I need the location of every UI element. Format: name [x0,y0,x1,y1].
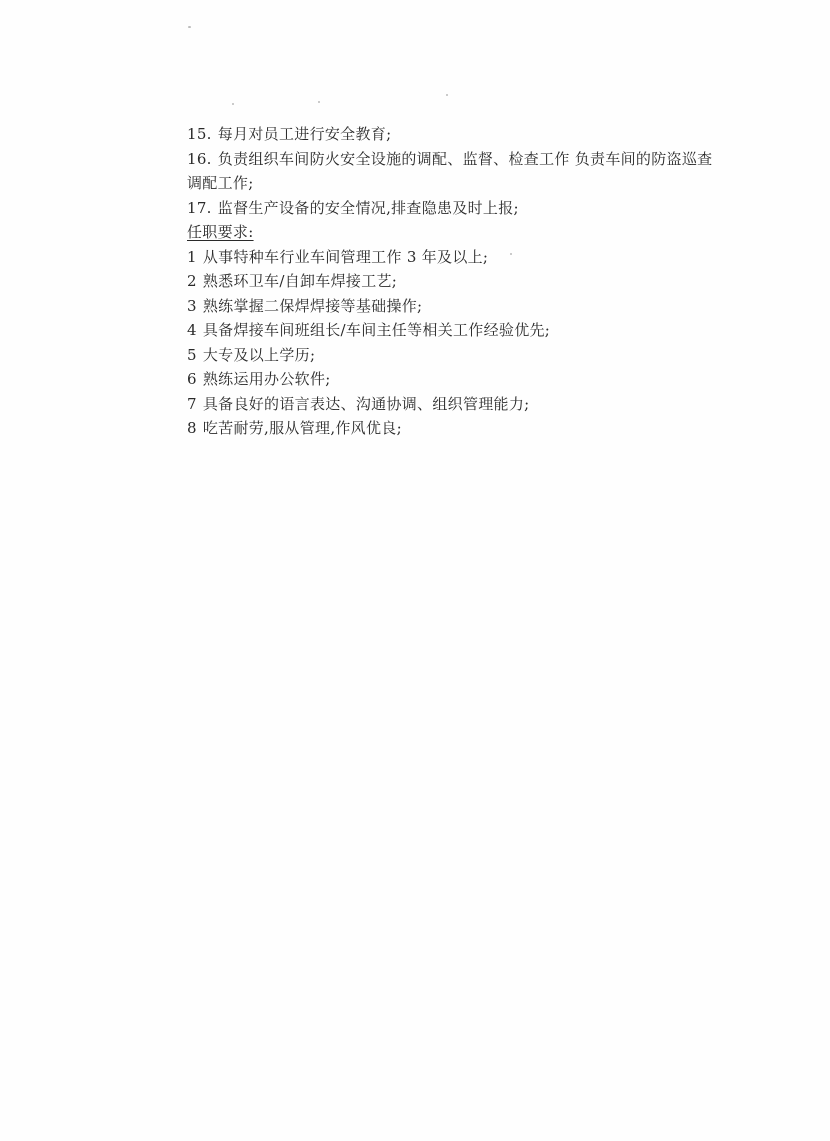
duty-item-17: 17.监督生产设备的安全情况,排查隐患及时上报; [187,196,727,221]
requirement-item-8: 8吃苦耐劳,服从管理,作风优良; [187,416,727,441]
scan-speck [188,26,191,28]
scan-speck [446,94,448,96]
item-text: 熟练掌握二保焊焊接等基础操作; [203,297,423,315]
item-number: 4 [187,318,197,343]
item-text: 吃苦耐劳,服从管理,作风优良; [203,419,402,437]
item-text: 监督生产设备的安全情况,排查隐患及时上报; [218,199,519,217]
duty-item-16: 16.负责组织车间防火安全设施的调配、监督、检查工作 负责车间的防盗巡查 [187,147,727,172]
requirements-heading: 任职要求: [187,223,254,241]
requirement-item-4: 4具备焊接车间班组长/车间主任等相关工作经验优先; [187,318,727,343]
item-text: 熟练运用办公软件; [203,370,331,388]
item-number: 3 [187,294,197,319]
requirement-item-1: 1从事特种车行业车间管理工作 3 年及以上; [187,245,727,270]
requirement-item-6: 6熟练运用办公软件; [187,367,727,392]
requirement-item-3: 3熟练掌握二保焊焊接等基础操作; [187,294,727,319]
item-text: 大专及以上学历; [203,346,315,364]
item-number: 2 [187,269,197,294]
item-text: 从事特种车行业车间管理工作 3 年及以上; [203,248,488,266]
item-number: 16. [187,147,212,172]
item-text: 熟悉环卫车/自卸车焊接工艺; [203,272,397,290]
duty-item-15: 15.每月对员工进行安全教育; [187,122,727,147]
item-text-continuation: 调配工作; [187,174,254,192]
duty-item-16-continuation: 调配工作; [187,171,727,196]
requirement-item-2: 2熟悉环卫车/自卸车焊接工艺; [187,269,727,294]
document-body: 15.每月对员工进行安全教育; 16.负责组织车间防火安全设施的调配、监督、检查… [187,122,727,441]
item-number: 17. [187,196,212,221]
item-number: 1 [187,245,197,270]
item-text: 具备良好的语言表达、沟通协调、组织管理能力; [203,395,530,413]
item-number: 6 [187,367,197,392]
item-number: 15. [187,122,212,147]
item-text: 具备焊接车间班组长/车间主任等相关工作经验优先; [203,321,550,339]
item-number: 5 [187,343,197,368]
item-text: 每月对员工进行安全教育; [218,125,392,143]
requirements-heading-row: 任职要求: [187,220,727,245]
requirement-item-5: 5大专及以上学历; [187,343,727,368]
scanned-page: 15.每月对员工进行安全教育; 16.负责组织车间防火安全设施的调配、监督、检查… [0,0,830,1141]
item-number: 8 [187,416,197,441]
item-text: 负责组织车间防火安全设施的调配、监督、检查工作 负责车间的防盗巡查 [218,150,713,168]
item-number: 7 [187,392,197,417]
scan-speck [232,103,234,105]
scan-speck [318,101,320,103]
requirement-item-7: 7具备良好的语言表达、沟通协调、组织管理能力; [187,392,727,417]
